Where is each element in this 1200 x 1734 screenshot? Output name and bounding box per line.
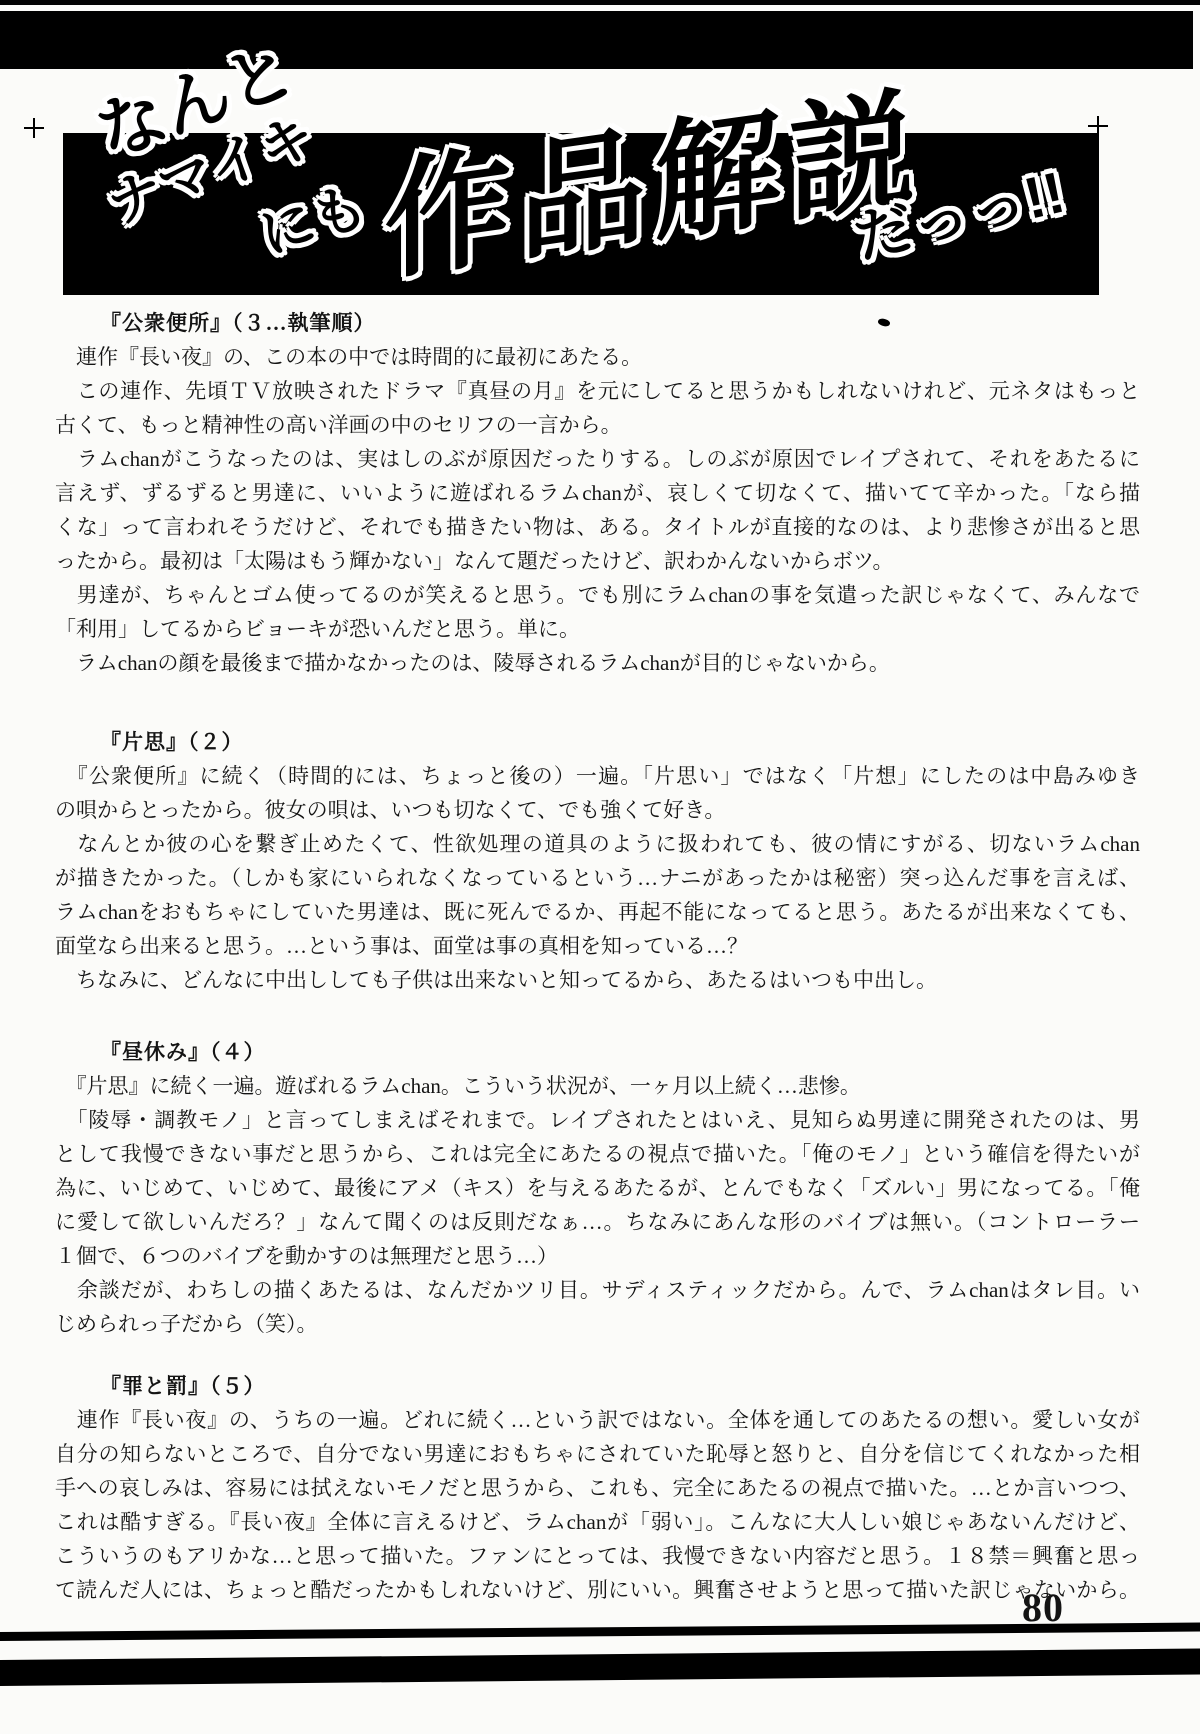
- registration-mark-left: [24, 118, 44, 138]
- body-line: 『公衆便所』に続く（時間的には、ちょっと後の）一遍。「片思い」ではなく「片想」に…: [55, 759, 1140, 793]
- body-line: １個で、６つのバイブを動かすのは無理だと思う…）: [55, 1239, 1140, 1273]
- body-line: じめられっ子だから（笑）。: [55, 1307, 1140, 1341]
- body-line: ちなみに、どんなに中出ししても子供は出来ないと知ってるから、あたるはいつも中出し…: [55, 963, 1140, 997]
- section-heading: 『公衆便所』（３…執筆順）: [100, 306, 1140, 340]
- body-line: なんとか彼の心を繋ぎ止めたくて、性欲処理の道具のように扱われても、彼の情にすがる…: [55, 827, 1140, 861]
- body-line: 面堂なら出来ると思う。…という事は、面堂は事の真相を知っている…？: [55, 929, 1140, 963]
- body-line: ったから。最初は「太陽はもう輝かない」なんて題だったけど、訳わかんないからボツ。: [55, 544, 1140, 578]
- section-heading: 『片思』（２）: [100, 725, 1140, 759]
- body-line: これは酷すぎる。『長い夜』全体に言えるけど、ラムchanが「弱い」。こんなに大人…: [55, 1505, 1140, 1539]
- body-line: の唄からとったから。彼女の唄は、いつも切なくて、でも強くて好き。: [55, 793, 1140, 827]
- body-line: 言えず、ずるずると男達に、いいように遊ばれるラムchanが、哀しくて切なくて、描…: [55, 476, 1140, 510]
- body-line: 連作『長い夜』の、うちの一遍。どれに続く…という訳ではない。全体を通してのあたる…: [55, 1403, 1140, 1437]
- body-line: 為に、いじめて、いじめて、最後にアメ（キス）を与えるあたるが、とんでもなく「ズル…: [55, 1171, 1140, 1205]
- body-line: 余談だが、わちしの描くあたるは、なんだかツリ目。サディスティックだから。んで、ラ…: [55, 1273, 1140, 1307]
- body-line: ラムchanがこうなったのは、実はしのぶが原因だったりする。しのぶが原因でレイプ…: [55, 442, 1140, 476]
- section-heading: 『昼休み』（４）: [100, 1035, 1140, 1069]
- body-line: 「陵辱・調教モノ」と言ってしまえばそれまで。レイプされたとはいえ、見知らぬ男達に…: [55, 1103, 1140, 1137]
- section-hiruyasumi: 『昼休み』（４） 『片思』に続く一遍。遊ばれるラムchan。こういう状況が、一ヶ…: [55, 1035, 1140, 1341]
- body-line: 手への哀しみは、容易には拭えないモノだと思うから、これも、完全にあたるの視点で描…: [55, 1471, 1140, 1505]
- body-line: が描きたかった。（しかも家にいられなくなっているという…ナニがあったかは秘密）突…: [55, 861, 1140, 895]
- body-line: 『片思』に続く一遍。遊ばれるラムchan。こういう状況が、一ヶ月以上続く…悲惨。: [55, 1069, 1140, 1103]
- body-line: 連作『長い夜』の、この本の中では時間的に最初にあたる。: [55, 340, 1140, 374]
- footer-bar-thin: [0, 1622, 1200, 1641]
- body-line: 「利用」してるからビョーキが恐いんだと思う。単に。: [55, 612, 1140, 646]
- section-kataomoi: 『片思』（２） 『公衆便所』に続く（時間的には、ちょっと後の）一遍。「片思い」で…: [55, 725, 1140, 997]
- section-koshubenjo: 『公衆便所』（３…執筆順） 連作『長い夜』の、この本の中では時間的に最初にあたる…: [55, 306, 1140, 680]
- scan-top-edge: [0, 0, 1200, 5]
- body-line: として我慢できない事だと思うから、これは完全にあたるの視点で描いた。「俺のモノ」…: [55, 1137, 1140, 1171]
- body-line: 古くて、もっと精神性の高い洋画の中のセリフの一言から。: [55, 408, 1140, 442]
- body-line: くな」って言われそうだけど、それでも描きたい物は、ある。タイトルが直接的なのは、…: [55, 510, 1140, 544]
- body-line: て読んだ人には、ちょっと酷だったかもしれないけど、別にいい。興奮させようと思って…: [55, 1573, 1140, 1607]
- commentary-text: 『公衆便所』（３…執筆順） 連作『長い夜』の、この本の中では時間的に最初にあたる…: [55, 306, 1140, 1607]
- section-heading: 『罪と罰』（５）: [100, 1369, 1140, 1403]
- body-line: 自分の知らないところで、自分でない男達におもちゃにされていた恥辱と怒りと、自分を…: [55, 1437, 1140, 1471]
- section-tsumitobatsu: 『罪と罰』（５） 連作『長い夜』の、うちの一遍。どれに続く…という訳ではない。全…: [55, 1369, 1140, 1607]
- body-line: ラムchanをおもちゃにしていた男達は、既に死んでるか、再起不能になってると思う…: [55, 895, 1140, 929]
- body-line: こういうのもアリかな…と思って描いた。ファンにとっては、我慢できない内容だと思う…: [55, 1539, 1140, 1573]
- registration-mark-right: [1088, 116, 1108, 136]
- footer-bar-thick: [0, 1648, 1200, 1686]
- body-line: この連作、先頃ＴＶ放映されたドラマ『真昼の月』を元にしてると思うかもしれないけれ…: [55, 374, 1140, 408]
- body-line: 男達が、ちゃんとゴム使ってるのが笑えると思う。でも別にラムchanの事を気遣った…: [55, 578, 1140, 612]
- body-line: に愛して欲しいんだろ？」なんて聞くのは反則だなぁ…。ちなみにあんな形のバイブは無…: [55, 1205, 1140, 1239]
- body-line: ラムchanの顔を最後まで描かなかったのは、陵辱されるラムchanが目的じゃない…: [55, 646, 1140, 680]
